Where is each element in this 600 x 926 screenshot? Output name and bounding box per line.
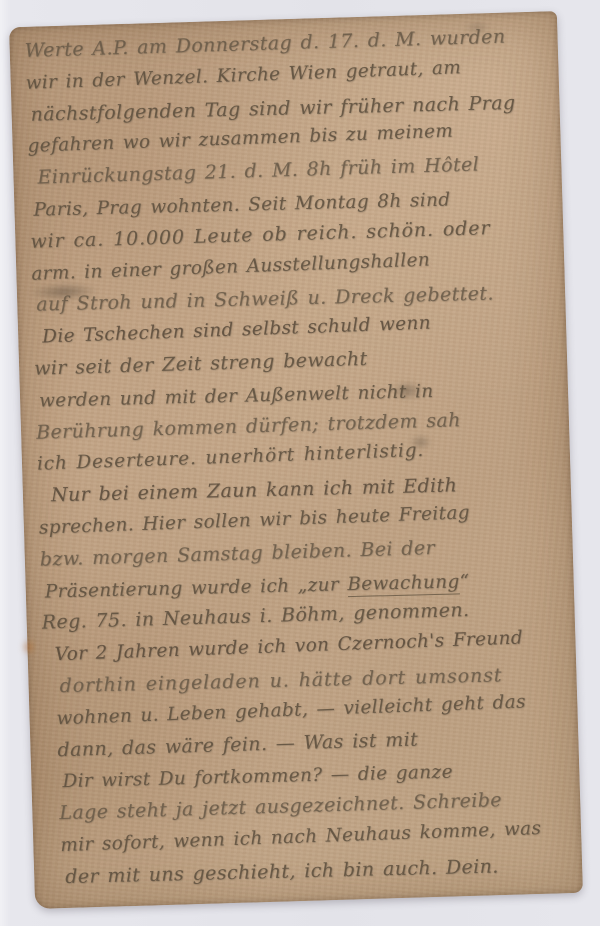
handwriting-text: Werte A.P. am Donnerstag d. 17. d. M. wu… [24, 20, 576, 902]
rust-stain [21, 639, 35, 655]
postcard: Werte A.P. am Donnerstag d. 17. d. M. wu… [9, 11, 583, 909]
bewachung-underlined-word: Bewachung [347, 571, 460, 597]
scan-background: Werte A.P. am Donnerstag d. 17. d. M. wu… [0, 0, 600, 926]
bewachung-suffix: “ [459, 571, 469, 592]
bewachung-prefix: Präsentierung wurde ich „zur [45, 574, 348, 602]
